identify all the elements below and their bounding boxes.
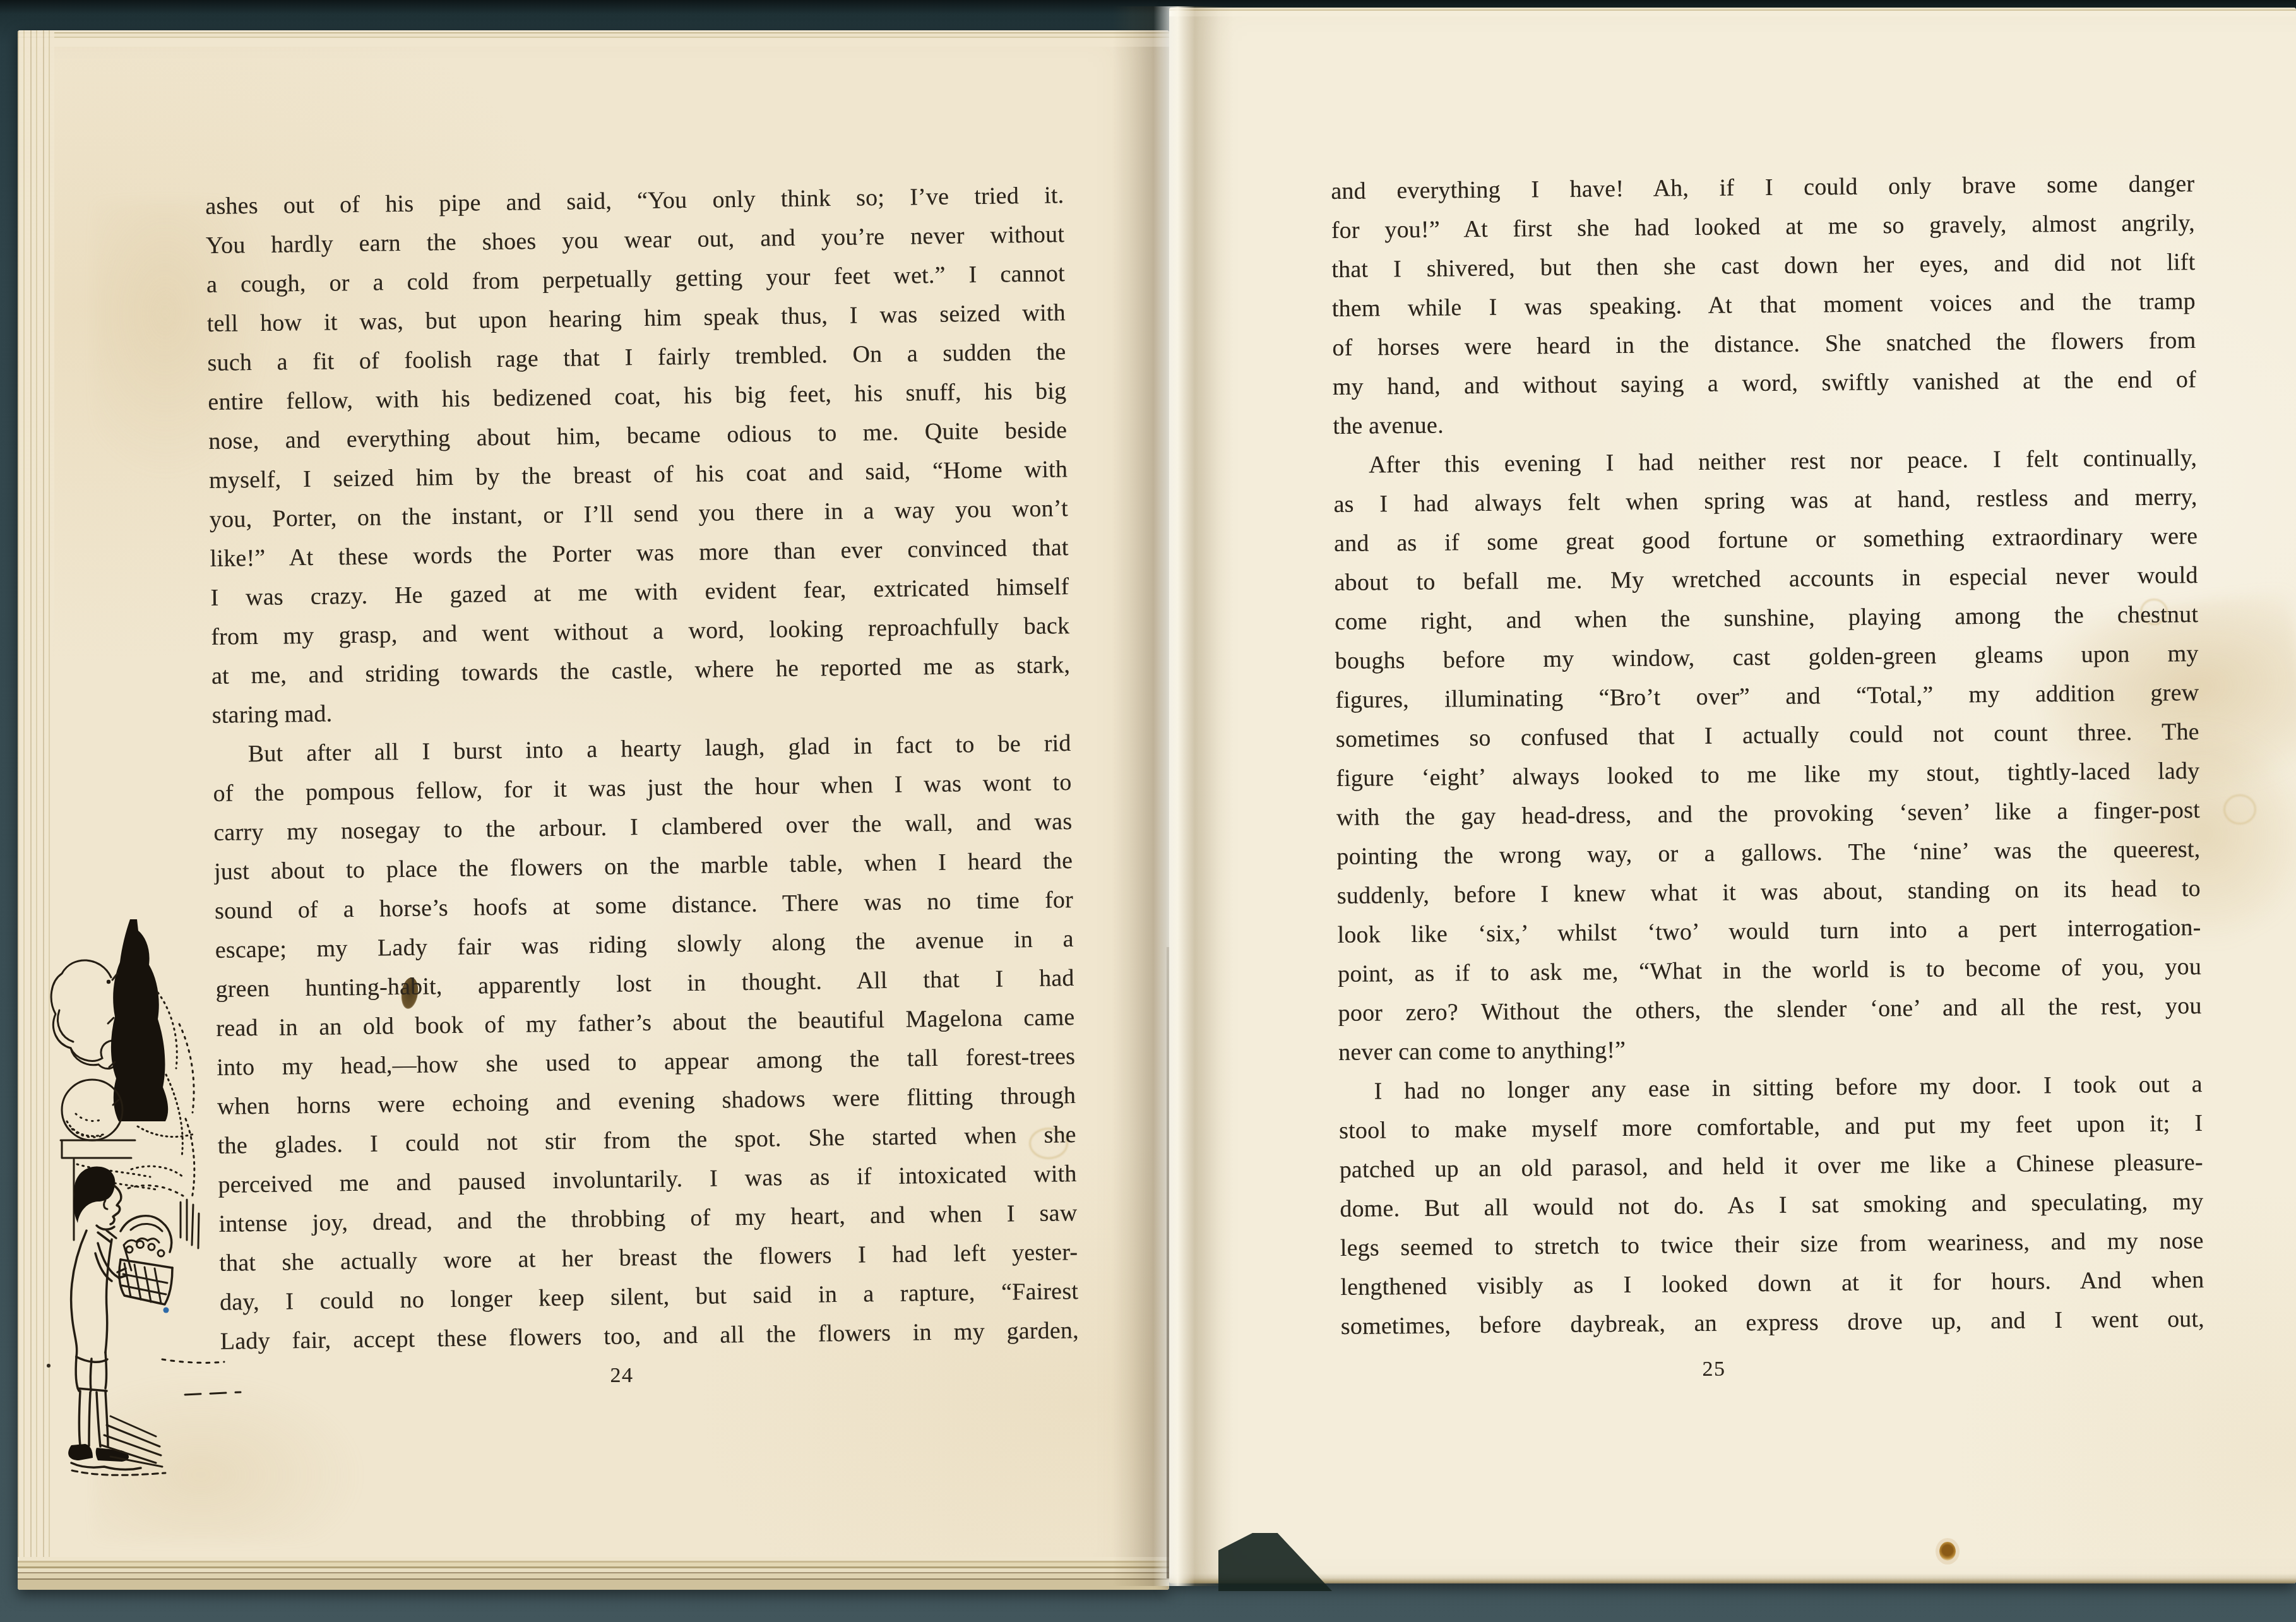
text-line: my hand, and without saying a word, swif… — [1333, 360, 2196, 407]
left-page-text: ashes out of his pipe and said, “You onl… — [205, 176, 1079, 1361]
page-stack-bottom-edge — [18, 1557, 1169, 1590]
text-line: poor zero? Without the others, the slend… — [1338, 986, 2201, 1033]
right-page-number: 25 — [1331, 1357, 2097, 1381]
text-line: sometimes, before daybreak, an express d… — [1341, 1299, 2204, 1346]
boy-with-basket-illustration: Pen-and-ink sketch of a boy holding a ba… — [37, 917, 245, 1523]
book-gutter-seam — [1167, 947, 1169, 1578]
page-stack-top-edge — [1169, 8, 2296, 16]
left-page-number: 24 — [205, 1364, 1038, 1388]
right-page-text: and everything I have! Ah, if I could on… — [1331, 164, 2204, 1346]
open-book-scan: Pen-and-ink sketch of a boy holding a ba… — [0, 0, 2296, 1622]
page-stack-top-edge — [18, 30, 1169, 47]
page-stack-bottom-edge — [1169, 1573, 2296, 1583]
cloud-sketch — [51, 960, 119, 1069]
boy-figure — [68, 1166, 129, 1462]
flower-basket — [119, 1216, 172, 1304]
blue-ink-dot — [164, 1308, 169, 1313]
